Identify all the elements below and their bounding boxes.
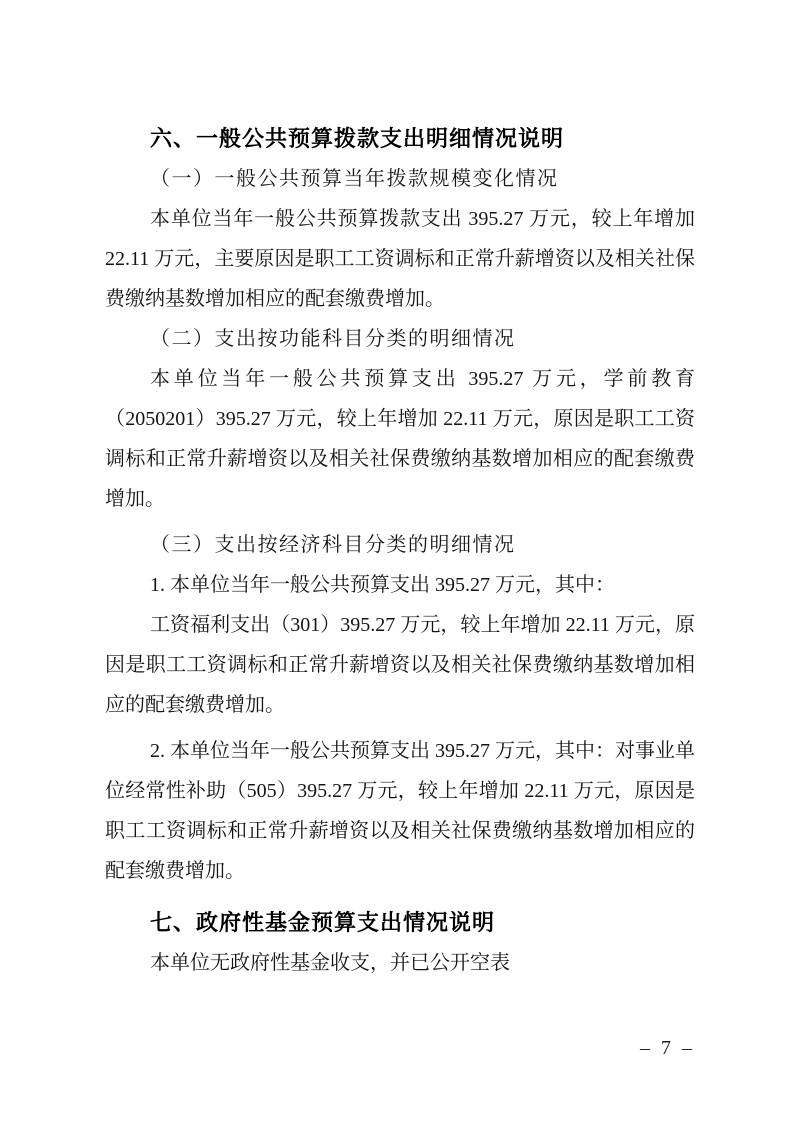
page-number: – 7 – bbox=[640, 1036, 695, 1060]
document-body: 六、一般公共预算拨款支出明细情况说明 （一）一般公共预算当年拨款规模变化情况 本… bbox=[105, 119, 695, 983]
paragraph-function-class: 本单位当年一般公共预算支出 395.27 万元，学前教育（2050201）395… bbox=[105, 359, 695, 519]
paragraph-gov-fund: 本单位无政府性基金收支，并已公开空表 bbox=[105, 943, 695, 983]
paragraph-econ-intro-1: 1. 本单位当年一般公共预算支出 395.27 万元，其中： bbox=[105, 565, 695, 605]
subsection-heading-6-2: （二）支出按功能科目分类的明细情况 bbox=[105, 319, 695, 359]
document-page: 六、一般公共预算拨款支出明细情况说明 （一）一般公共预算当年拨款规模变化情况 本… bbox=[0, 0, 793, 1122]
subsection-heading-6-1: （一）一般公共预算当年拨款规模变化情况 bbox=[105, 159, 695, 199]
paragraph-econ-detail-1: 工资福利支出（301）395.27 万元，较上年增加 22.11 万元，原因是职… bbox=[105, 605, 695, 725]
section-heading-6: 六、一般公共预算拨款支出明细情况说明 bbox=[105, 119, 695, 159]
section-heading-7: 七、政府性基金预算支出情况说明 bbox=[105, 903, 695, 943]
subsection-heading-6-3: （三）支出按经济科目分类的明细情况 bbox=[105, 525, 695, 565]
paragraph-econ-detail-2: 2. 本单位当年一般公共预算支出 395.27 万元，其中：对事业单位经常性补助… bbox=[105, 731, 695, 891]
paragraph-funding-scale: 本单位当年一般公共预算拨款支出 395.27 万元，较上年增加 22.11 万元… bbox=[105, 199, 695, 319]
